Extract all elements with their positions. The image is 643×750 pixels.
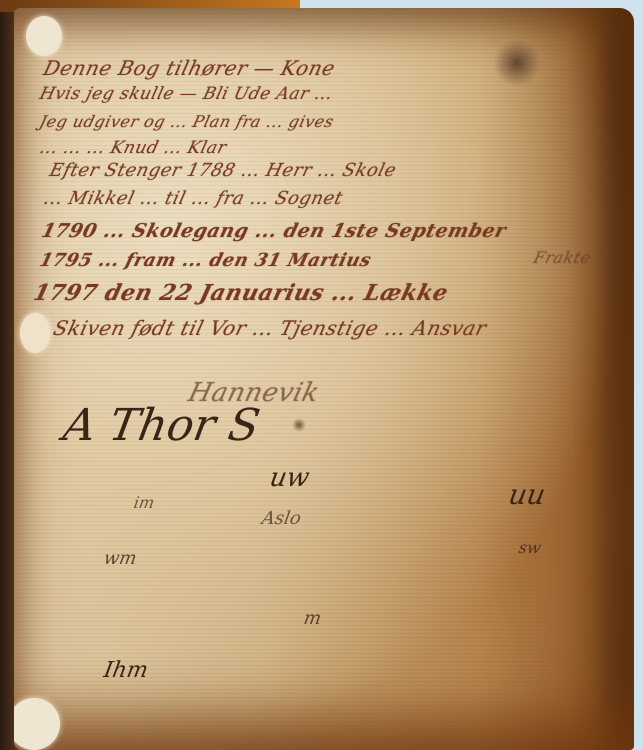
ink-dot — [292, 418, 306, 432]
scribble-6: Ihm — [102, 658, 150, 683]
paper-worn-spot — [20, 313, 50, 353]
scribble-7: uu — [506, 478, 548, 511]
manuscript-line-3: Jeg udgiver og ... Plan fra ... gives — [38, 112, 336, 131]
manuscript-line-6: ... Mikkel ... til ... fra ... Sognet — [41, 188, 345, 209]
manuscript-line-1: Denne Bog tilhører — Kone — [41, 56, 338, 80]
scribble-5: m — [302, 608, 323, 629]
scribble-8: sw — [517, 538, 542, 557]
paper-tear-bottom-left — [14, 698, 60, 750]
manuscript-line-2: Hvis jeg skulle — Bli Ude Aar ... — [38, 84, 335, 104]
scribble-2: im — [132, 493, 156, 512]
manuscript-page: Denne Bog tilhører — Kone Hvis jeg skull… — [14, 8, 634, 750]
manuscript-line-5: Efter Stenger 1788 ... Herr ... Skole — [47, 160, 398, 181]
ink-stain — [494, 38, 540, 88]
manuscript-line-8: 1795 ... fram ... den 31 Martius — [37, 250, 373, 271]
margin-note: Frakte — [532, 248, 594, 267]
manuscript-line-7: 1790 ... Skolegang ... den 1ste Septembe… — [39, 220, 508, 242]
manuscript-line-10: Skiven født til Vor ... Tjenstige ... An… — [51, 316, 489, 340]
manuscript-line-4: ... ... ... Knud ... Klar — [38, 138, 229, 158]
scribble-4: wm — [102, 548, 138, 569]
scribble-3: Aslo — [260, 508, 303, 529]
scribble-1: uw — [267, 463, 311, 493]
paper-tear-top-left — [26, 16, 62, 56]
monogram: A Thor S — [60, 400, 264, 451]
manuscript-line-9: 1797 den 22 Januarius ... Lække — [31, 280, 451, 306]
